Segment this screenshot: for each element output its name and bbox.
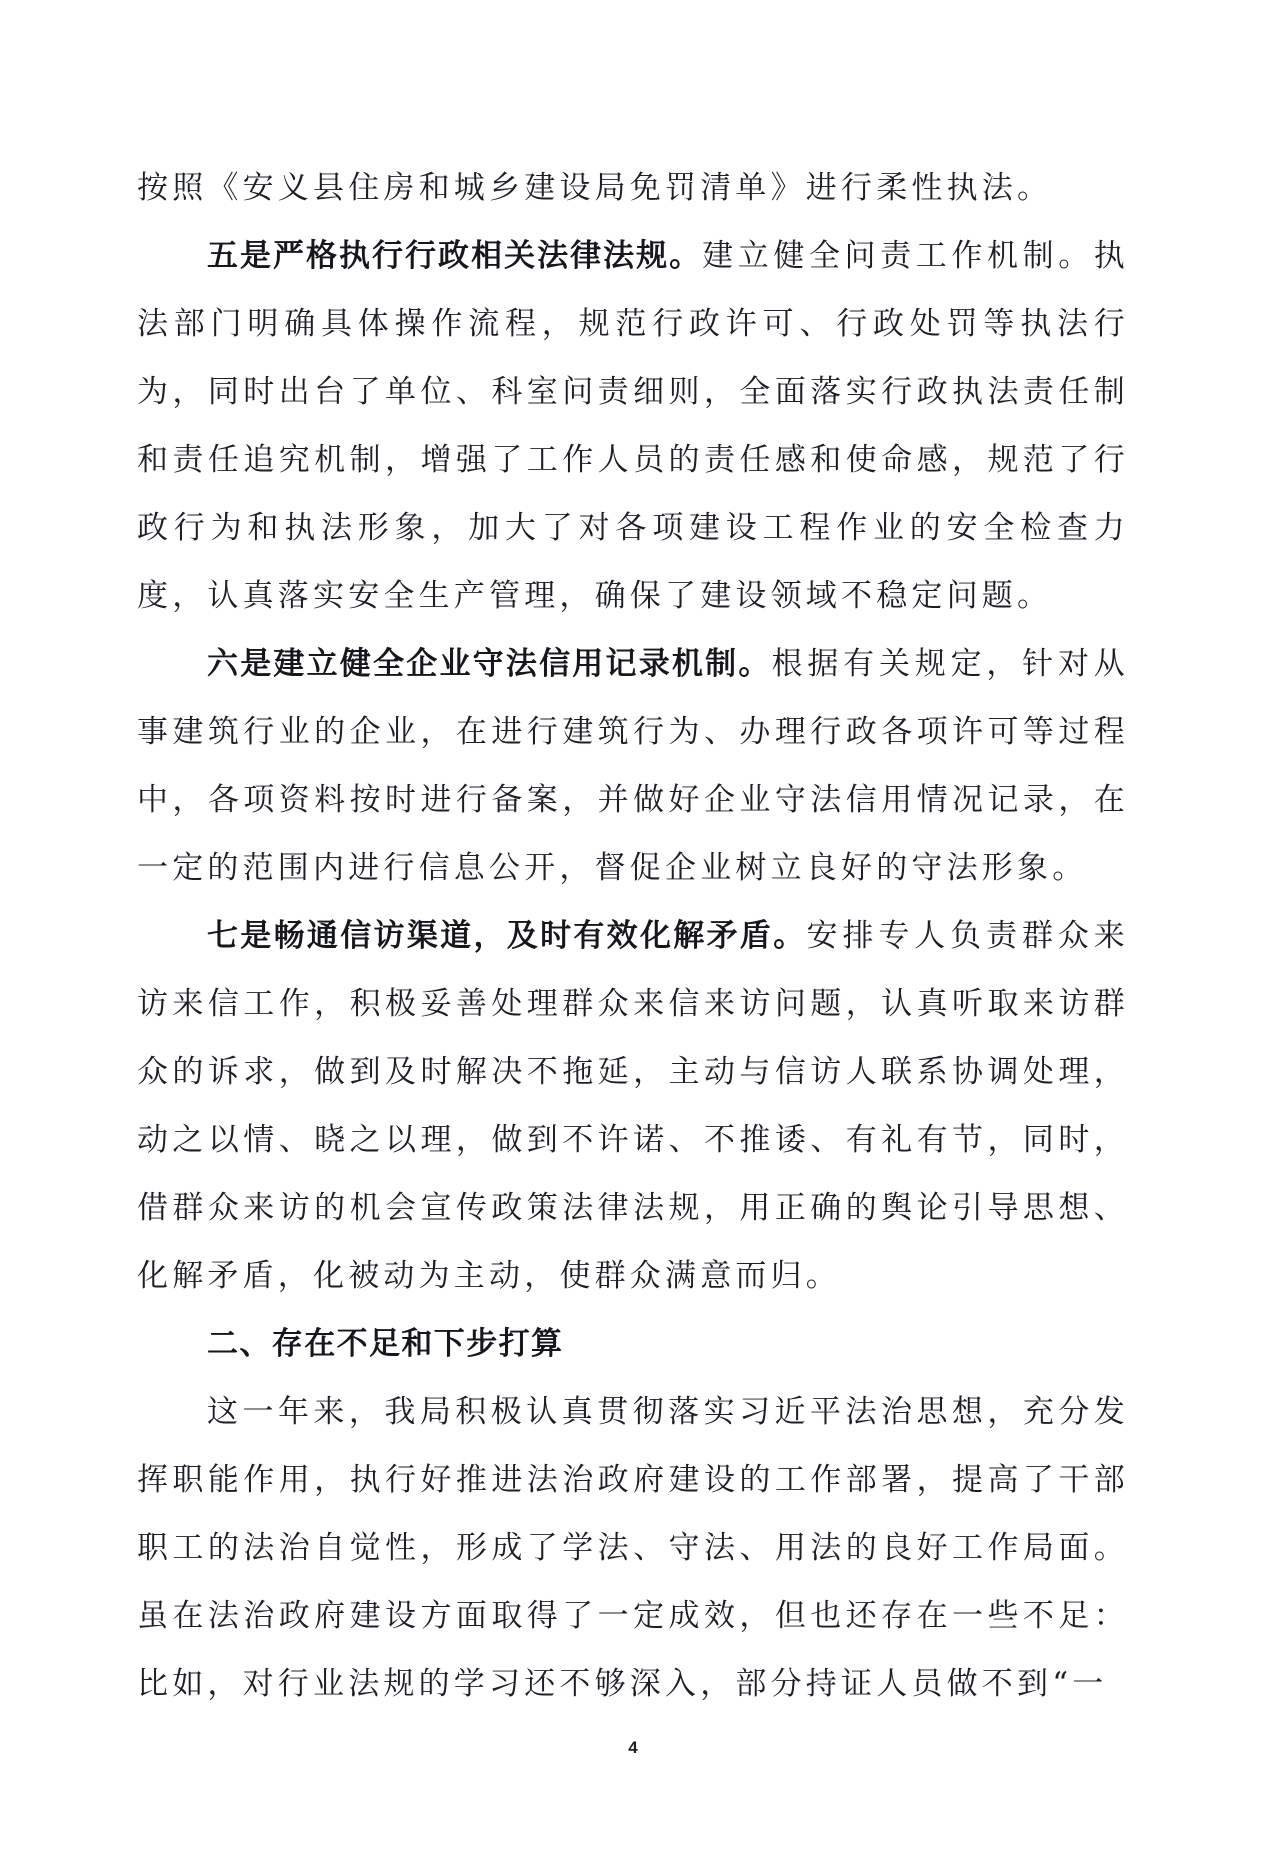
paragraph-six: 六是建立健全企业守法信用记录机制。根据有关规定，针对从事建筑行业的企业，在进行建… [137,630,1129,902]
document-page: 按照《安义县住房和城乡建设局免罚清单》进行柔性执法。 五是严格执行行政相关法律法… [0,0,1280,1873]
paragraph-lead: 七是畅通信访渠道，及时有效化解矛盾。 [207,918,807,954]
paragraph-lead: 五是严格执行行政相关法律法规。 [207,238,702,274]
paragraph-continued: 按照《安义县住房和城乡建设局免罚清单》进行柔性执法。 [137,154,1129,222]
paragraph-closing: 这一年来，我局积极认真贯彻落实习近平法治思想，充分发挥职能作用，执行好推进法治政… [137,1378,1129,1718]
page-number: 4 [623,1738,643,1758]
paragraph-five: 五是严格执行行政相关法律法规。建立健全问责工作机制。执法部门明确具体操作流程，规… [137,222,1129,630]
paragraph-lead: 六是建立健全企业守法信用记录机制。 [207,646,772,682]
paragraph-seven: 七是畅通信访渠道，及时有效化解矛盾。安排专人负责群众来访来信工作，积极妥善处理群… [137,902,1129,1310]
paragraph-text: 安排专人负责群众来访来信工作，积极妥善处理群众来信来访问题，认真听取来访群众的诉… [137,918,1129,1294]
paragraph-text: 按照《安义县住房和城乡建设局免罚清单》进行柔性执法。 [137,170,1052,206]
document-body: 按照《安义县住房和城乡建设局免罚清单》进行柔性执法。 五是严格执行行政相关法律法… [137,154,1129,1718]
paragraph-text: 这一年来，我局积极认真贯彻落实习近平法治思想，充分发挥职能作用，执行好推进法治政… [137,1394,1129,1702]
paragraph-text: 建立健全问责工作机制。执法部门明确具体操作流程，规范行政许可、行政处罚等执法行为… [137,238,1129,614]
section-heading: 二、存在不足和下步打算 [137,1310,1129,1378]
paragraph-text: 根据有关规定，针对从事建筑行业的企业，在进行建筑行为、办理行政各项许可等过程中，… [137,646,1129,886]
